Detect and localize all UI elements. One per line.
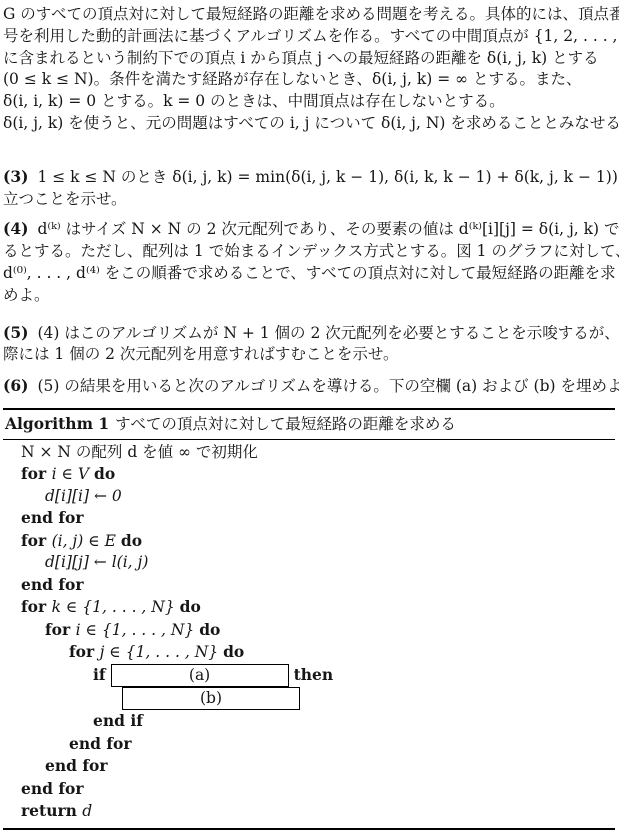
- algorithm-line: d[i][i] ← 0: [3, 486, 615, 508]
- blank-box-b: (b): [122, 687, 300, 710]
- algorithm-caption: Algorithm 1すべての頂点対に対して最短経路の距離を求める: [3, 410, 615, 439]
- algorithm-bottom-rule: [3, 828, 615, 830]
- algorithm-line: for j ∈ {1, . . . , N} do: [3, 641, 615, 664]
- algorithm-line: end for: [3, 574, 615, 597]
- paragraph-line: めよ。: [3, 285, 615, 307]
- algorithm-line: for i ∈ {1, . . . , N} do: [3, 619, 615, 642]
- paragraph-line: δ(i, i, k) = 0 とする。k = 0 のときは、中間頂点は存在しない…: [3, 91, 615, 113]
- problem-6: (6)(5) の結果を用いると次のアルゴリズムを導ける。下の空欄 (a) および…: [3, 375, 615, 398]
- keyword: for: [21, 597, 52, 616]
- algorithm-block: Algorithm 1すべての頂点対に対して最短経路の距離を求める N × N …: [3, 408, 615, 830]
- keyword: for: [21, 464, 52, 483]
- keyword: then: [294, 665, 334, 684]
- problem-3: (3)1 ≤ k ≤ N のとき δ(i, j, k) = min(δ(i, j…: [3, 166, 615, 211]
- algorithm-line: for k ∈ {1, . . . , N} do: [3, 596, 615, 619]
- problem-4: (4)d⁽ᵏ⁾ はサイズ N × N の 2 次元配列であり、その要素の値は d…: [3, 218, 615, 306]
- algorithm-line: end for: [3, 755, 615, 778]
- problem-label: (3): [3, 167, 28, 186]
- paragraph-line: るとする。ただし、配列は 1 で始まるインデックス方式とする。図 1 のグラフに…: [3, 241, 615, 263]
- paragraph-line: (4)d⁽ᵏ⁾ はサイズ N × N の 2 次元配列であり、その要素の値は d…: [3, 218, 615, 241]
- keyword: end for: [21, 508, 84, 527]
- problem-5: (5)(4) はこのアルゴリズムが N + 1 個の 2 次元配列を必要とするこ…: [3, 322, 615, 367]
- keyword: do: [223, 642, 244, 661]
- keyword: end for: [21, 575, 84, 594]
- keyword: do: [94, 464, 115, 483]
- keyword: end for: [45, 756, 108, 775]
- algorithm-line: end if: [3, 710, 615, 733]
- code-text: i ∈ {1, . . . , N}: [76, 621, 200, 639]
- paragraph-line: に含まれるという制約下での頂点 i から頂点 j への最短経路の距離を δ(i,…: [3, 48, 615, 70]
- keyword: for: [21, 531, 52, 550]
- problem-label: (4): [3, 219, 28, 238]
- problem-text: (4) はこのアルゴリズムが N + 1 個の 2 次元配列を必要とすることを示…: [37, 324, 619, 342]
- algorithm-body: N × N の配列 d を値 ∞ で初期化for i ∈ V dod[i][i]…: [3, 440, 615, 828]
- problem-text: (5) の結果を用いると次のアルゴリズムを導ける。下の空欄 (a) および (b…: [37, 377, 619, 395]
- problem-label: (6): [3, 376, 28, 395]
- paragraph-line: 号を利用した動的計画法に基づくアルゴリズムを作る。すべての中間頂点が {1, 2…: [3, 26, 615, 48]
- keyword: return: [21, 801, 82, 820]
- code-text: j ∈ {1, . . . , N}: [100, 643, 223, 661]
- keyword: end for: [21, 779, 84, 798]
- code-text: k ∈ {1, . . . , N}: [52, 598, 180, 616]
- algorithm-line: for (i, j) ∈ E do: [3, 530, 615, 553]
- code-text: i ∈ V: [52, 465, 94, 483]
- problem-label: (5): [3, 323, 28, 342]
- paragraph-line: G のすべての頂点対に対して最短経路の距離を求める問題を考える。具体的には、頂点…: [3, 4, 615, 26]
- code-text: N × N の配列 d を値 ∞ で初期化: [21, 443, 258, 461]
- problem-text: 1 ≤ k ≤ N のとき δ(i, j, k) = min(δ(i, j, k…: [37, 168, 619, 186]
- paragraph-line: (6)(5) の結果を用いると次のアルゴリズムを導ける。下の空欄 (a) および…: [3, 375, 615, 398]
- paragraph-line: δ(i, j, k) を使うと、元の問題はすべての i, j について δ(i,…: [3, 113, 615, 135]
- keyword: for: [45, 620, 76, 639]
- keyword: for: [69, 642, 100, 661]
- algorithm-line: if(a)then: [3, 664, 615, 688]
- algorithm-line: end for: [3, 733, 615, 756]
- algorithm-line: return d: [3, 800, 615, 823]
- keyword: end if: [93, 711, 143, 730]
- algorithm-line: (b): [3, 687, 615, 710]
- algorithm-line: end for: [3, 507, 615, 530]
- document-page: G のすべての頂点対に対して最短経路の距離を求める問題を考える。具体的には、頂点…: [0, 0, 619, 837]
- algorithm-line: for i ∈ V do: [3, 463, 615, 486]
- algorithm-line: end for: [3, 778, 615, 801]
- code-text: (i, j) ∈ E: [52, 532, 121, 550]
- paragraph-line: (3)1 ≤ k ≤ N のとき δ(i, j, k) = min(δ(i, j…: [3, 166, 615, 189]
- paragraph-line: (0 ≤ k ≤ N)。条件を満たす経路が存在しないとき、δ(i, j, k) …: [3, 69, 615, 91]
- code-text: d[i][i] ← 0: [45, 487, 122, 505]
- code-text: d[i][j] ← l(i, j): [45, 553, 148, 571]
- paragraph-line: d⁽⁰⁾, . . . , d⁽⁴⁾ をこの順番で求めることで、すべての頂点対に…: [3, 263, 615, 285]
- paragraph-line: 立つことを示せ。: [3, 189, 615, 211]
- keyword: do: [121, 531, 142, 550]
- intro-paragraph: G のすべての頂点対に対して最短経路の距離を求める問題を考える。具体的には、頂点…: [3, 4, 615, 135]
- problem-text: d⁽ᵏ⁾ はサイズ N × N の 2 次元配列であり、その要素の値は d⁽ᵏ⁾…: [37, 220, 619, 238]
- keyword: end for: [69, 734, 132, 753]
- keyword: do: [180, 597, 201, 616]
- problems: (3)1 ≤ k ≤ N のとき δ(i, j, k) = min(δ(i, j…: [3, 166, 615, 398]
- keyword: if: [93, 665, 106, 684]
- algorithm-line: d[i][j] ← l(i, j): [3, 552, 615, 574]
- algorithm-caption-label: Algorithm 1: [5, 414, 109, 433]
- code-text: d: [82, 802, 92, 820]
- paragraph-line: 際には 1 個の 2 次元配列を用意すればすむことを示せ。: [3, 344, 615, 366]
- algorithm-caption-title: すべての頂点対に対して最短経路の距離を求める: [115, 415, 456, 433]
- algorithm-line: N × N の配列 d を値 ∞ で初期化: [3, 442, 615, 464]
- paragraph-line: (5)(4) はこのアルゴリズムが N + 1 個の 2 次元配列を必要とするこ…: [3, 322, 615, 345]
- keyword: do: [199, 620, 220, 639]
- blank-box-a: (a): [111, 664, 289, 687]
